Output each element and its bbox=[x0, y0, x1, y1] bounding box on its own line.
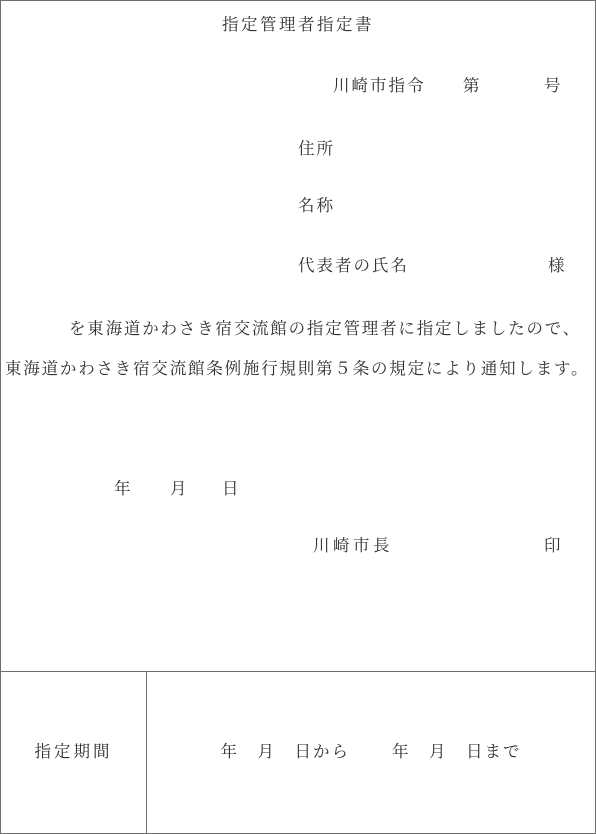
period-label-cell: 指定期間 bbox=[1, 672, 147, 833]
representative-name-label: 代表者の氏名 bbox=[298, 258, 409, 275]
designation-document: 指定管理者指定書 川崎市指令 第 号 住所 名称 代表者の氏名 様 を東海道かわ… bbox=[0, 0, 596, 834]
seal-placeholder-text: 印 bbox=[544, 538, 563, 555]
body-paragraph-line2: 東海道かわさき宿交流館条例施行規則第５条の規定により通知します。 bbox=[5, 361, 589, 378]
body-paragraph-line1: を東海道かわさき宿交流館の指定管理者に指定しましたので、 bbox=[69, 321, 581, 338]
period-value-cell: 年 月 日から 年 月 日まで bbox=[147, 672, 595, 833]
signature-line: 川崎市長 印 bbox=[1, 538, 595, 556]
issue-date-day-label: 日 bbox=[222, 481, 241, 498]
period-from-text: 年 月 日から bbox=[221, 744, 351, 761]
recipient-address-label: 住所 bbox=[298, 141, 335, 158]
recipient-representative-line: 代表者の氏名 様 bbox=[1, 258, 595, 276]
directive-number-suffix: 号 bbox=[544, 78, 563, 95]
recipient-name-label: 名称 bbox=[298, 198, 335, 215]
mayor-title-text: 川崎市長 bbox=[313, 538, 393, 555]
issue-date-year-label: 年 bbox=[114, 481, 133, 498]
directive-number-line: 川崎市指令 第 号 bbox=[1, 78, 595, 96]
period-to-text: 年 月 日まで bbox=[392, 744, 522, 761]
directive-number-prefix: 第 bbox=[463, 78, 482, 95]
designation-period-table: 指定期間 年 月 日から 年 月 日まで bbox=[1, 671, 595, 833]
issue-date-month-label: 月 bbox=[170, 481, 189, 498]
honorific-text: 様 bbox=[548, 258, 567, 275]
issue-date-line: 年 月 日 bbox=[1, 481, 595, 499]
document-title: 指定管理者指定書 bbox=[1, 17, 595, 34]
directive-issuer-text: 川崎市指令 bbox=[333, 78, 426, 95]
